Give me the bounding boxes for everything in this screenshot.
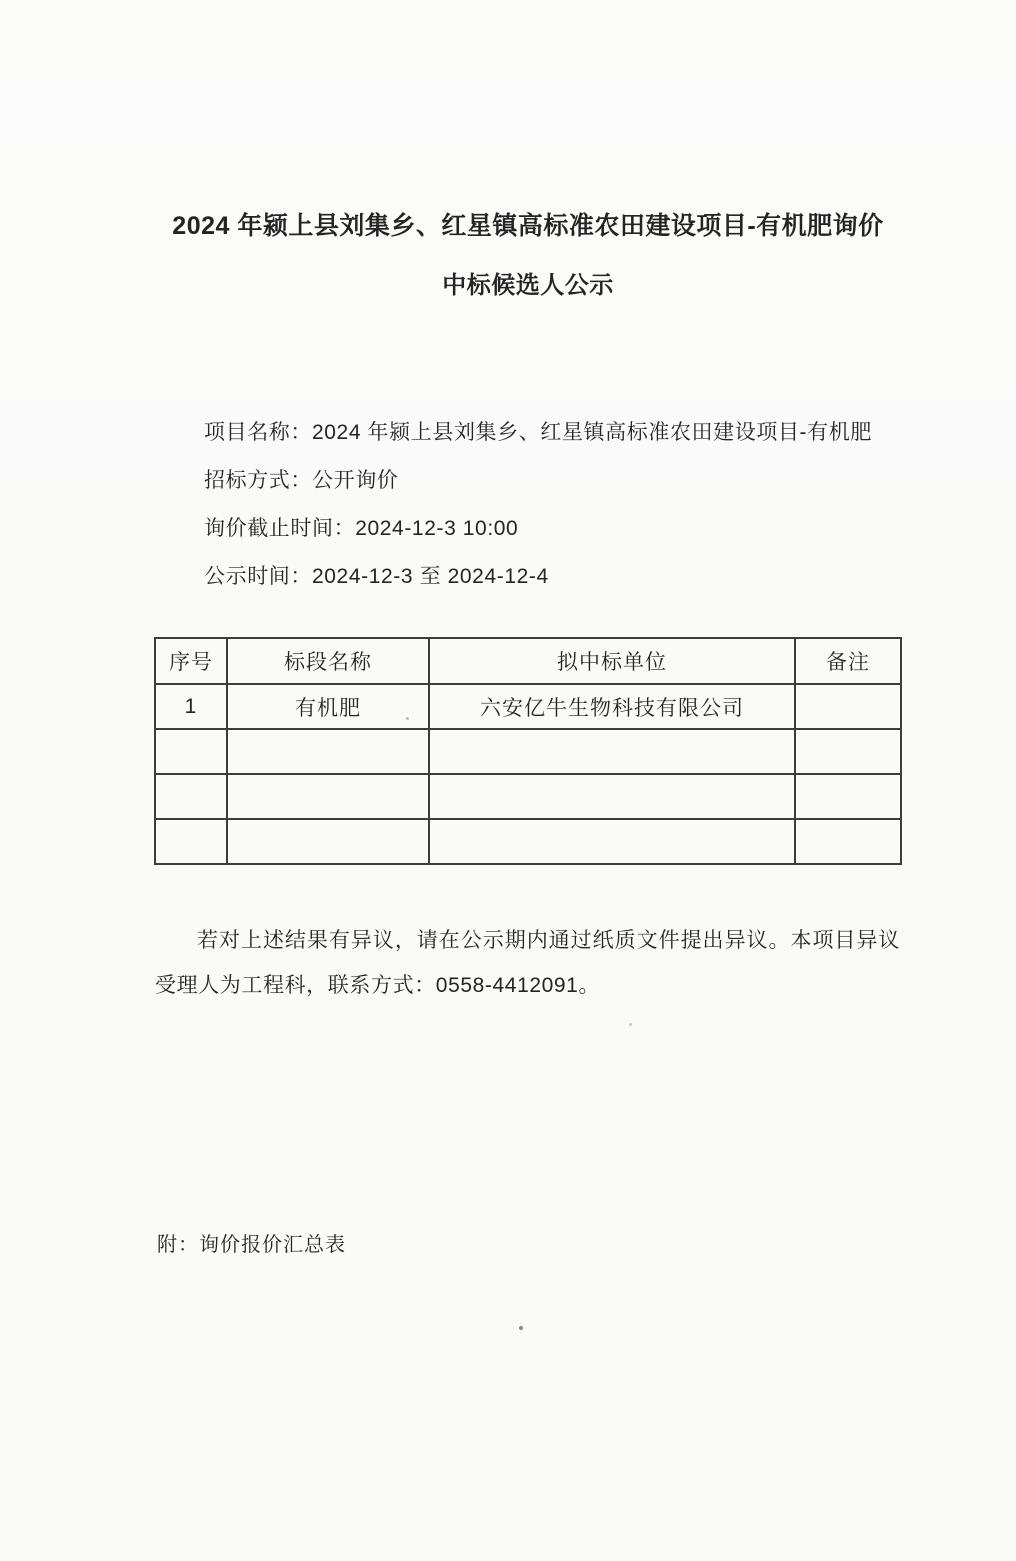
attachment-note: 附：询价报价汇总表 xyxy=(157,1228,346,1257)
info-value: 公开询价 xyxy=(312,469,398,492)
cell-note xyxy=(795,774,901,819)
cell-seq: 1 xyxy=(155,684,227,729)
objection-notice: 若对上述结果有异议，请在公示期内通过纸质文件提出异议。本项目异议受理人为工程科，… xyxy=(155,918,900,1008)
project-info-block: 项目名称：2024 年颍上县刘集乡、红星镇高标准农田建设项目-有机肥 招标方式：… xyxy=(204,409,872,601)
info-line-deadline: 询价截止时间：2024-12-3 10:00 xyxy=(204,505,872,553)
cell-name: 有机肥 xyxy=(227,684,429,729)
bid-result-table: 序号 标段名称 拟中标单位 备注 1 有机肥 六安亿牛生物科技有限公司 xyxy=(154,637,902,865)
cell-winner xyxy=(429,774,795,819)
header-cell-name: 标段名称 xyxy=(227,638,429,684)
info-label: 招标方式： xyxy=(204,469,312,492)
cell-note xyxy=(795,729,901,774)
cell-seq xyxy=(155,819,227,864)
cell-winner: 六安亿牛生物科技有限公司 xyxy=(429,684,795,729)
info-label: 公示时间： xyxy=(204,565,312,588)
table-row: 1 有机肥 六安亿牛生物科技有限公司 xyxy=(155,684,901,729)
table-row xyxy=(155,729,901,774)
header-cell-seq: 序号 xyxy=(155,638,227,684)
cell-winner xyxy=(429,819,795,864)
table-row xyxy=(155,819,901,864)
cell-seq xyxy=(155,729,227,774)
cell-name xyxy=(227,819,429,864)
header-cell-note: 备注 xyxy=(795,638,901,684)
document-title-line2: 中标候选人公示 xyxy=(40,265,1016,300)
scan-speck xyxy=(629,1023,632,1026)
cell-name xyxy=(227,774,429,819)
info-value: 2024-12-3 10:00 xyxy=(355,517,518,540)
info-line-bid-method: 招标方式：公开询价 xyxy=(204,457,872,505)
cell-note xyxy=(795,819,901,864)
table-row xyxy=(155,774,901,819)
document-page: 2024 年颍上县刘集乡、红星镇高标准农田建设项目-有机肥询价 中标候选人公示 … xyxy=(0,0,1016,1561)
info-label: 询价截止时间： xyxy=(204,517,355,540)
info-line-project-name: 项目名称：2024 年颍上县刘集乡、红星镇高标准农田建设项目-有机肥 xyxy=(204,409,872,457)
cell-seq xyxy=(155,774,227,819)
header-cell-winner: 拟中标单位 xyxy=(429,638,795,684)
cell-name xyxy=(227,729,429,774)
scan-speck xyxy=(519,1326,523,1330)
info-line-publicity-period: 公示时间：2024-12-3 至 2024-12-4 xyxy=(204,553,872,601)
info-label: 项目名称： xyxy=(204,421,312,444)
info-value: 2024-12-3 至 2024-12-4 xyxy=(312,565,549,588)
scan-speck xyxy=(406,717,409,720)
document-title-line1: 2024 年颍上县刘集乡、红星镇高标准农田建设项目-有机肥询价 xyxy=(40,206,1016,242)
table-header-row: 序号 标段名称 拟中标单位 备注 xyxy=(155,638,901,684)
cell-note xyxy=(795,684,901,729)
cell-winner xyxy=(429,729,795,774)
info-value: 2024 年颍上县刘集乡、红星镇高标准农田建设项目-有机肥 xyxy=(312,421,872,444)
